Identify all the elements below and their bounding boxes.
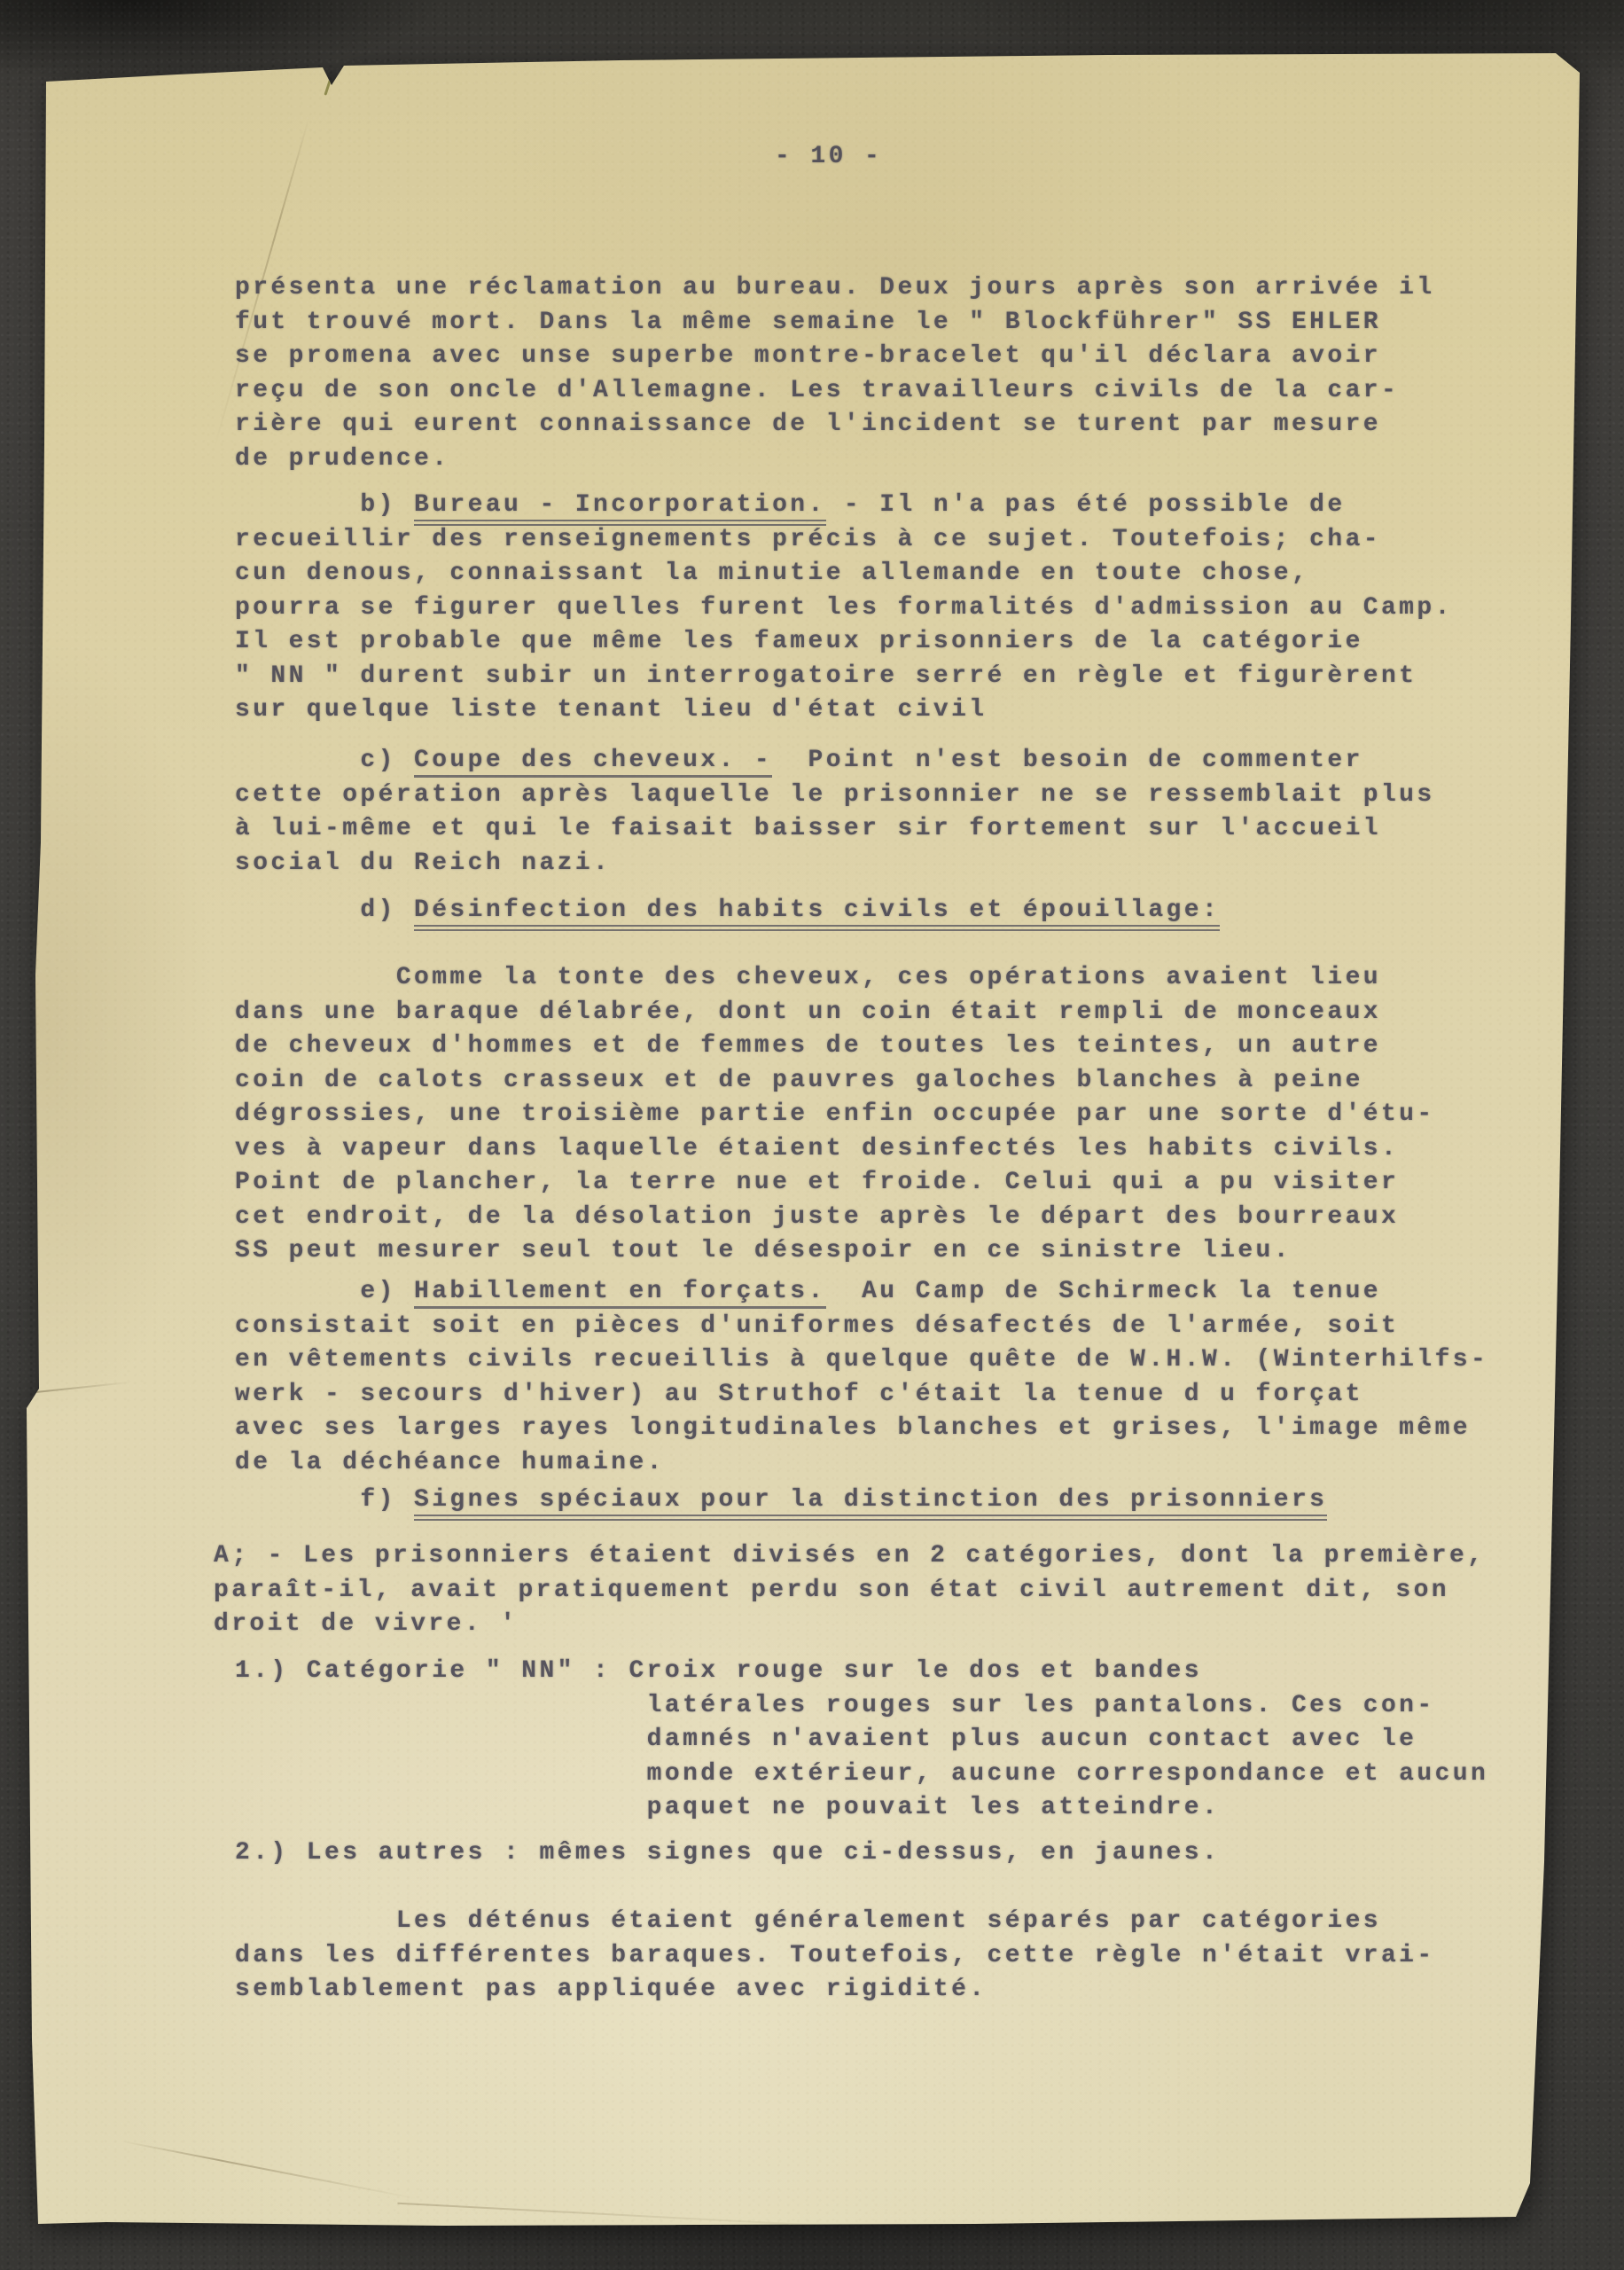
text-line: à lui-même et qui le faisait baisser sir… [235,812,1435,847]
typed-text: se promena avec unse superbe montre-brac… [235,342,1381,370]
text-line: latérales rouges sur les pantalons. Ces … [235,1689,1488,1724]
typed-text: paraît-il, avait pratiquement perdu son … [214,1577,1449,1604]
underlined-heading-text: Signes spéciaux pour la distinction des … [414,1486,1327,1521]
text-line: SS peut mesurer seul tout le désespoir e… [235,1234,1435,1269]
underlined-heading-text: Habillement en forçats. [414,1278,826,1309]
text-line: présenta une réclamation au bureau. Deux… [235,271,1435,306]
scanned-document-photo: { "colors": { "backdrop": "#3b3a38", "pa… [0,0,1624,2270]
text-line: cun denous, connaissant la minutie allem… [235,557,1453,591]
list-item-1-categorie-nn: 1.) Catégorie " NN" : Croix rouge sur le… [235,1655,1488,1826]
text-line: f) Signes spéciaux pour la distinction d… [235,1483,1327,1518]
text-line: fut trouvé mort. Dans la même semaine le… [235,306,1435,340]
typed-text: " NN " durent subir un interrogatoire se… [235,662,1417,690]
paragraph-final-separation: Les déténus étaient généralement séparés… [235,1905,1435,2008]
typed-text: b) [235,491,414,519]
text-line: de cheveux d'hommes et de femmes de tout… [235,1029,1435,1064]
typed-text: dans une baraque délabrée, dont un coin … [235,998,1381,1026]
typed-text: cette opération après laquelle le prison… [235,781,1435,809]
heading-f-signes-speciaux: f) Signes spéciaux pour la distinction d… [235,1483,1327,1518]
typed-text: de cheveux d'hommes et de femmes de tout… [235,1032,1381,1060]
text-line: monde extérieur, aucune correspondance e… [235,1757,1488,1792]
text-line: paraît-il, avait pratiquement perdu son … [214,1574,1485,1609]
text-line: se promena avec unse superbe montre-brac… [235,340,1435,374]
typed-text: paquet ne pouvait les atteindre. [235,1794,1220,1821]
typed-text: pourra se figurer quelles furent les for… [235,594,1453,622]
paragraph-e-habillement: e) Habillement en forçats. Au Camp de Sc… [235,1275,1488,1480]
text-line: coin de calots crasseux et de pauvres ga… [235,1064,1435,1099]
typed-text: werk - secours d'hiver) au Struthof c'ét… [235,1381,1363,1408]
typed-text: dégrossies, une troisième partie enfin o… [235,1100,1435,1128]
typed-text: Comme la tonte des cheveux, ces opératio… [235,964,1381,991]
underlined-heading-text: Bureau - Incorporation. [414,491,826,526]
typed-text: sur quelque liste tenant lieu d'état civ… [235,696,988,724]
document-page: - 10 - présenta une réclamation au burea… [25,41,1585,2231]
typed-text: avec ses larges rayes longitudinales bla… [235,1414,1471,1442]
text-line: d) Désinfection des habits civils et épo… [235,894,1220,928]
text-line: pourra se figurer quelles furent les for… [235,591,1453,626]
typed-text: consistait soit en pièces d'uniformes dé… [235,1312,1399,1340]
typed-text: droit de vivre. ' [214,1610,518,1638]
typed-text: en vêtements civils recueillis à quelque… [235,1346,1488,1374]
typed-text: social du Reich nazi. [235,849,611,877]
text-line: werk - secours d'hiver) au Struthof c'ét… [235,1378,1488,1413]
typed-text-layer: - 10 - présenta une réclamation au burea… [25,41,1585,2231]
page-number: - 10 - [775,140,882,175]
text-line: dans une baraque délabrée, dont un coin … [235,996,1435,1030]
typed-text: reçu de son oncle d'Allemagne. Les trava… [235,377,1399,404]
typed-text: e) [235,1278,414,1305]
text-line: dégrossies, une troisième partie enfin o… [235,1098,1435,1132]
text-line: reçu de son oncle d'Allemagne. Les trava… [235,374,1435,409]
text-line: Comme la tonte des cheveux, ces opératio… [235,961,1435,996]
text-line: de la déchéance humaine. [235,1446,1488,1481]
typed-text: coin de calots crasseux et de pauvres ga… [235,1067,1363,1094]
heading-d-desinfection: d) Désinfection des habits civils et épo… [235,894,1220,928]
typed-text: à lui-même et qui le faisait baisser sir… [235,815,1381,842]
text-line: 1.) Catégorie " NN" : Croix rouge sur le… [235,1655,1488,1689]
typed-text: monde extérieur, aucune correspondance e… [235,1760,1488,1788]
typed-text: - Il n'a pas été possible de [826,491,1346,519]
text-line: droit de vivre. ' [214,1608,1485,1642]
text-line: c) Coupe des cheveux. - Point n'est beso… [235,744,1435,779]
typed-text: d) [235,896,414,924]
typed-text: c) [235,747,414,774]
text-line: ves à vapeur dans laquelle étaient desin… [235,1132,1435,1167]
text-line: rière qui eurent connaissance de l'incid… [235,408,1435,442]
typed-text: Il est probable que même les fameux pris… [235,628,1363,655]
text-line: 2.) Les autres : mêmes signes que ci-des… [235,1836,1220,1871]
paragraph-intro: présenta une réclamation au bureau. Deux… [235,271,1435,476]
text-line: e) Habillement en forçats. Au Camp de Sc… [235,1275,1488,1310]
typed-text: cet endroit, de la désolation juste aprè… [235,1203,1399,1231]
text-line: cette opération après laquelle le prison… [235,779,1435,813]
typed-text: damnés n'avaient plus aucun contact avec… [235,1726,1417,1753]
typed-text: A; - Les prisonniers étaient divisés en … [214,1542,1485,1569]
typed-text: f) [235,1486,414,1514]
typed-text: rière qui eurent connaissance de l'incid… [235,411,1381,438]
typed-text: 1.) Catégorie " NN" : Croix rouge sur le… [235,1657,1202,1685]
text-line: consistait soit en pièces d'uniformes dé… [235,1310,1488,1344]
text-line: recueillir des renseignements précis à c… [235,523,1453,558]
text-line: social du Reich nazi. [235,847,1435,881]
typed-text: SS peut mesurer seul tout le désespoir e… [235,1237,1292,1264]
text-line: Il est probable que même les fameux pris… [235,625,1453,660]
typed-text: dans les différentes baraques. Toutefois… [235,1942,1435,1969]
paragraph-d-desinfection: Comme la tonte des cheveux, ces opératio… [235,961,1435,1269]
typed-text: recueillir des renseignements précis à c… [235,526,1381,553]
text-line: en vêtements civils recueillis à quelque… [235,1343,1488,1378]
paragraph-c-coupe-des-cheveux: c) Coupe des cheveux. - Point n'est beso… [235,744,1435,881]
text-line: semblablement pas appliquée avec rigidit… [235,1973,1435,2008]
underlined-heading-text: Coupe des cheveux. - [414,747,772,778]
text-line: avec ses larges rayes longitudinales bla… [235,1412,1488,1446]
text-line: Les déténus étaient généralement séparés… [235,1905,1435,1939]
typed-text: de prudence. [235,445,449,473]
text-line: cet endroit, de la désolation juste aprè… [235,1201,1435,1235]
typed-text: Au Camp de Schirmeck la tenue [826,1278,1381,1305]
text-line: " NN " durent subir un interrogatoire se… [235,660,1453,694]
text-line: dans les différentes baraques. Toutefois… [235,1939,1435,1974]
paragraph-b-bureau-incorporation: b) Bureau - Incorporation. - Il n'a pas … [235,489,1453,728]
typed-text: de la déchéance humaine. [235,1449,665,1476]
list-item-2-les-autres: 2.) Les autres : mêmes signes que ci-des… [235,1836,1220,1871]
text-line: paquet ne pouvait les atteindre. [235,1791,1488,1826]
typed-text: 2.) Les autres : mêmes signes que ci-des… [235,1839,1220,1867]
typed-text: semblablement pas appliquée avec rigidit… [235,1976,988,2003]
typed-text: Point n'est besoin de commenter [772,747,1363,774]
typed-text: fut trouvé mort. Dans la même semaine le… [235,309,1381,336]
typed-text: ves à vapeur dans laquelle étaient desin… [235,1135,1399,1162]
typed-text: Point de plancher, la terre nue et froid… [235,1169,1399,1196]
paragraph-a-categories: A; - Les prisonniers étaient divisés en … [214,1539,1485,1642]
text-line: b) Bureau - Incorporation. - Il n'a pas … [235,489,1453,523]
paper-shadow-wrap: - 10 - présenta une réclamation au burea… [0,0,1624,2270]
underlined-heading-text: Désinfection des habits civils et épouil… [414,896,1220,931]
text-line: damnés n'avaient plus aucun contact avec… [235,1723,1488,1757]
typed-text: latérales rouges sur les pantalons. Ces … [235,1692,1435,1719]
text-line: Point de plancher, la terre nue et froid… [235,1166,1435,1201]
text-line: de prudence. [235,442,1435,477]
typed-text: cun denous, connaissant la minutie allem… [235,560,1309,587]
typed-text: présenta une réclamation au bureau. Deux… [235,274,1435,301]
text-line: sur quelque liste tenant lieu d'état civ… [235,693,1453,728]
typed-text: Les déténus étaient généralement séparés… [235,1907,1381,1935]
text-line: A; - Les prisonniers étaient divisés en … [214,1539,1485,1574]
